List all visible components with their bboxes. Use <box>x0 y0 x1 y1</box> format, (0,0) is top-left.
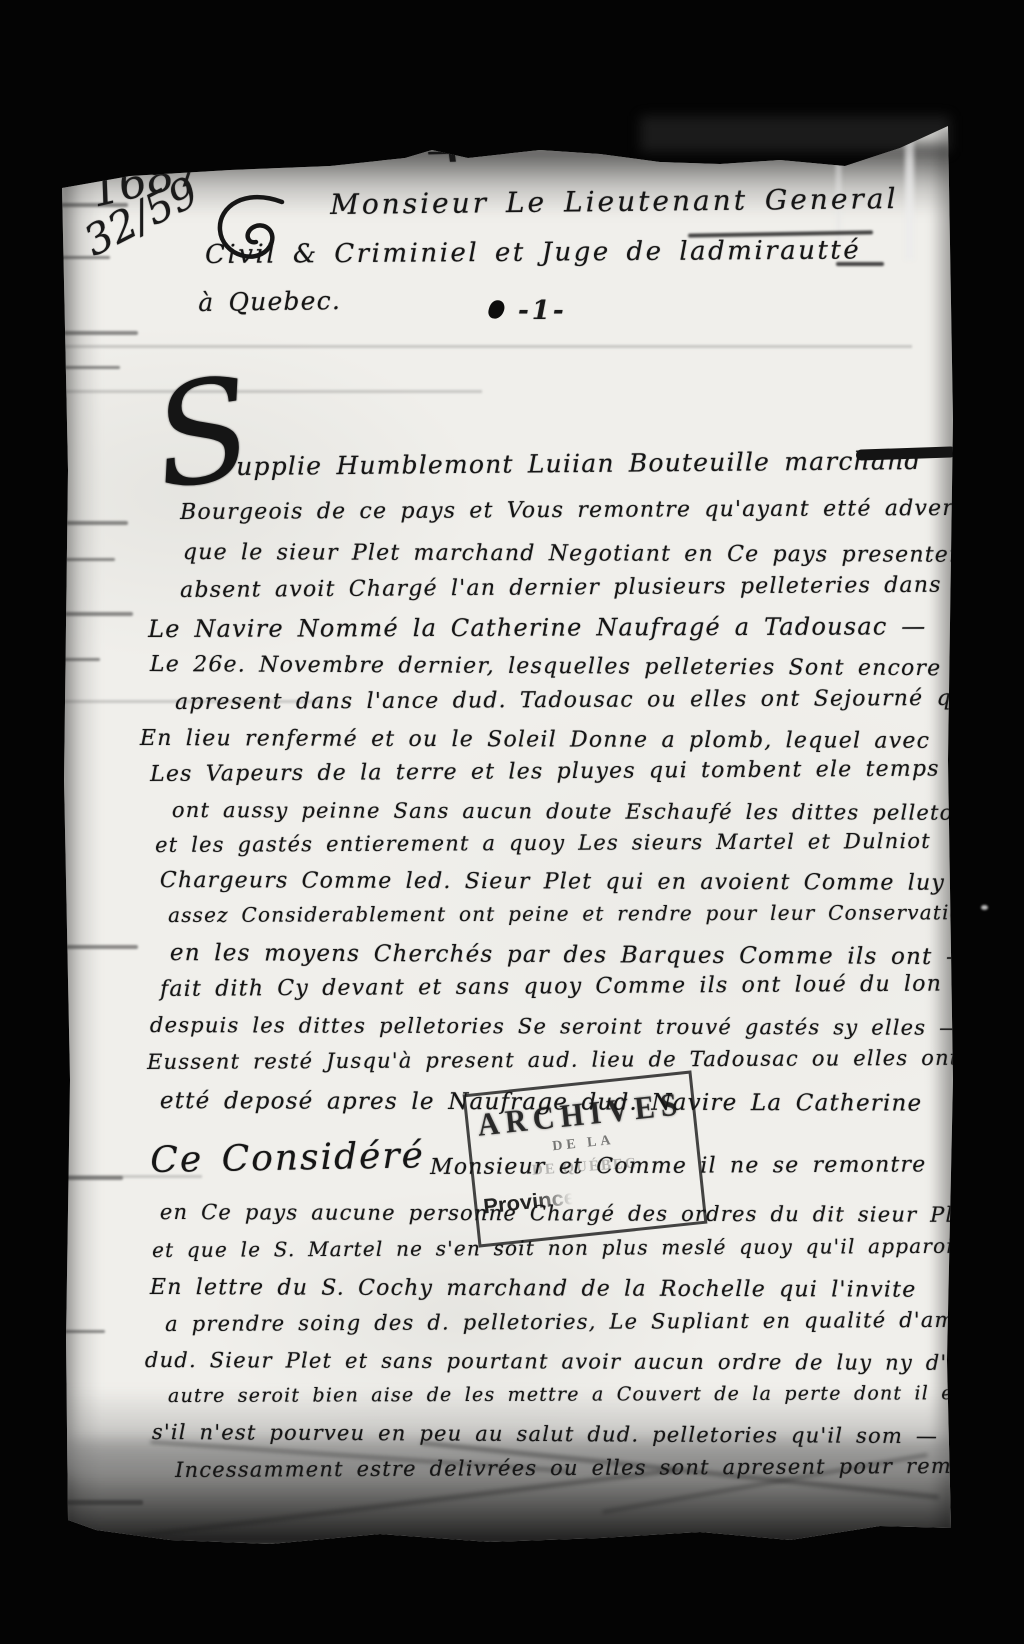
header-line: à Quebec. <box>198 286 341 317</box>
manuscript-line: en Ce pays aucune personne Chargé des or… <box>160 1200 977 1227</box>
manuscript-line: absent avoit Chargé l'an dernier plusieu… <box>180 572 978 603</box>
manuscript-line: Eussent resté Jusqu'à present aud. lieu … <box>147 1046 995 1074</box>
header-line: Monsieur Le Lieutenant General <box>330 182 899 221</box>
cross-mark: + <box>418 135 485 170</box>
margin-streak <box>60 366 120 369</box>
considere-lead: Ce Considéré <box>150 1135 425 1181</box>
manuscript-line: Les Vapeurs de la terre et les pluyes qu… <box>150 756 940 787</box>
microfilm-background: ARCHIVES DE LA DE QUÉBEC Province 1687 3… <box>0 0 1024 1644</box>
manuscript-line: Le 26e. Novembre dernier, lesquelles pel… <box>150 652 978 681</box>
manuscript-line: fait dith Cy devant et sans quoy Comme i… <box>160 971 979 1002</box>
manuscript-line: autre seroit bien aise de les mettre a C… <box>168 1382 1024 1407</box>
manuscript-line: a prendre soing des d. pelletories, Le S… <box>165 1308 969 1336</box>
manuscript-line: apresent dans l'ance dud. Tadousac ou el… <box>175 686 1024 715</box>
manuscript-line: Monsieur et Comme il ne se remontre <box>430 1152 926 1180</box>
manuscript-line: dud. Sieur Plet et sans pourtant avoir a… <box>145 1348 1011 1375</box>
crease-highlight <box>905 140 914 260</box>
manuscript-line: Bourgeois de ce pays et Vous remontre qu… <box>180 496 1014 525</box>
manuscript-line: Le Navire Nommé la Catherine Naufragé a … <box>148 612 927 643</box>
manuscript-line: despuis les dittes pelletories Se seroin… <box>150 1013 961 1040</box>
manuscript-line: En lettre du S. Cochy marchand de la Roc… <box>150 1275 917 1303</box>
margin-streak <box>60 658 100 661</box>
manuscript-line: Incessamment estre delivrées ou elles so… <box>175 1454 1013 1482</box>
margin-streak <box>58 1176 123 1180</box>
fold-line <box>62 345 912 348</box>
manuscript-line: s'il n'est pourveu en peu au salut dud. … <box>152 1420 938 1448</box>
manuscript-line: En lieu renfermé et ou le Soleil Donne a… <box>140 726 930 754</box>
fold-line <box>62 390 482 393</box>
ink-blot <box>487 298 506 320</box>
manuscript-line: upplie Humblemont Luiian Bouteuille marc… <box>236 446 922 481</box>
manuscript-line: en les moyens Cherchés par des Barques C… <box>170 940 970 970</box>
margin-streak <box>60 1330 105 1333</box>
page-left-shadow <box>58 160 100 1540</box>
margin-streak <box>58 612 133 616</box>
manuscript-line: ont aussy peinne Sans aucun doute Eschau… <box>172 798 998 825</box>
margin-streak <box>58 521 128 525</box>
margin-streak <box>58 331 138 335</box>
margin-streak <box>58 1500 143 1505</box>
manuscript-line: etté deposé apres le Naufrage dud. Navir… <box>160 1088 923 1117</box>
manuscript-line: assez Considerablement ont peine et rend… <box>168 900 977 927</box>
dropcap-s: S <box>146 358 262 510</box>
film-speck <box>981 905 988 910</box>
page-number-marker: -1- <box>518 296 567 326</box>
manuscript-line: Chargeurs Comme led. Sieur Plet qui en a… <box>160 868 945 896</box>
manuscript-line: et que le S. Martel ne s'en soit non plu… <box>152 1234 990 1262</box>
margin-streak <box>58 945 138 949</box>
manuscript-line: et les gastés entierement a quoy Les sie… <box>155 829 931 857</box>
manuscript-line: que le sieur Plet marchand Negotiant en … <box>183 540 1011 568</box>
header-line: Civil & Criminiel et Juge de ladmirautté <box>205 235 861 270</box>
ink-smear <box>856 446 956 460</box>
manuscript-page: ARCHIVES DE LA DE QUÉBEC Province 1687 3… <box>0 0 1024 1644</box>
margin-streak <box>60 558 115 561</box>
